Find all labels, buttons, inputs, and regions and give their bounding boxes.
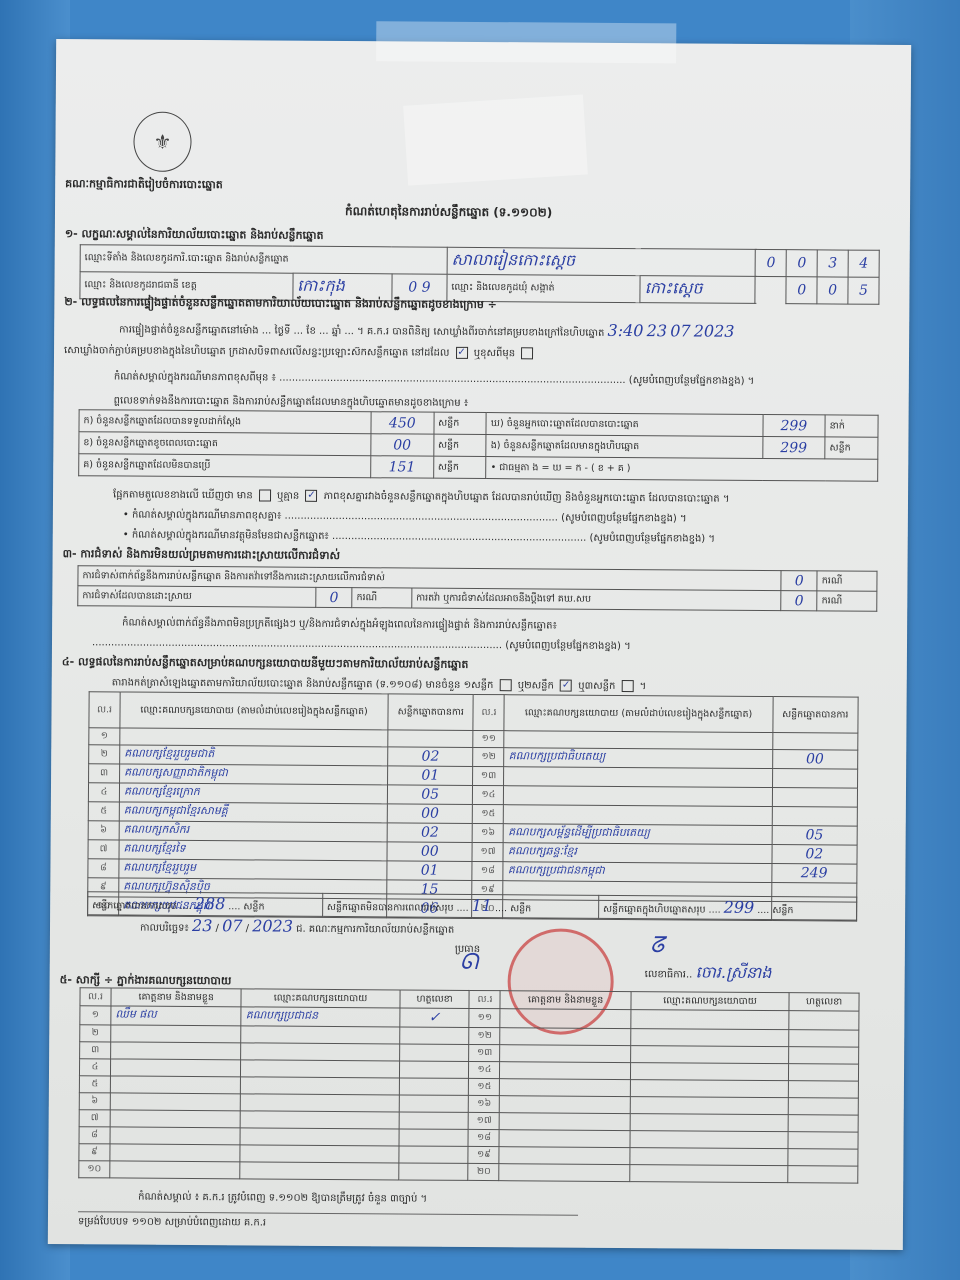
diff-has-checkbox[interactable]	[259, 489, 271, 501]
witness-sign	[789, 1030, 859, 1047]
col-votes: សន្លឹកឆ្នោតបានការ	[772, 697, 858, 734]
box-total: សន្លឹកឆ្នោតក្នុងហិបឆ្នោតសរុប .... 299 ..…	[598, 895, 856, 920]
row-e-label: ង) ចំនួនសន្លឹកឆ្នោតដែលមានក្នុងហិបឆ្នោត	[486, 435, 762, 459]
party-name: គណបក្សសញ្ញាជាតិកម្ពុជា	[120, 764, 388, 785]
party-votes: 00	[387, 842, 473, 862]
witness-sign	[399, 1146, 469, 1163]
row-c-unit: សន្លឹក	[433, 456, 486, 478]
secretary-signature: ᘔ	[650, 933, 664, 958]
party-votes: 05	[772, 826, 858, 846]
witness-party	[630, 1148, 788, 1166]
col-sign: ហត្ថលេខា	[789, 993, 859, 1011]
sheets-3-checkbox[interactable]	[621, 680, 633, 692]
witness-table: ល.រ គោត្តនាម និងនាមខ្លួន ឈ្មោះគណបក្សនយោប…	[78, 987, 859, 1183]
station-name: សាលារៀនកោះស្តេច	[447, 247, 756, 276]
witness-name	[499, 1147, 629, 1165]
witness-party	[240, 1128, 398, 1146]
row-no: ៣	[80, 1042, 111, 1059]
tape-clear	[403, 95, 588, 186]
witness-party	[631, 1010, 789, 1030]
unit: ករណី	[817, 591, 877, 611]
row-no: ៧	[79, 1110, 110, 1127]
form-title: កំណត់ហេតុនៃការរាប់សន្លឹកឆ្នោត (ទ.១១០២)	[345, 203, 552, 222]
row-c-label: គ) ចំនួនសន្លឹកឆ្នោតដែលមិនបានប្រើ	[79, 454, 371, 478]
party-votes	[772, 788, 858, 808]
tape-top	[376, 21, 676, 63]
row-no: ២០	[468, 1163, 499, 1180]
witness-sign: ✓	[400, 1008, 470, 1027]
witness-sign	[399, 1078, 469, 1095]
row-no: ៤	[79, 1059, 110, 1076]
row-no: ១	[80, 1006, 111, 1025]
witness-sign	[399, 1027, 469, 1044]
party-name: គណបក្សប្រជាធិបតេយ្យ	[504, 748, 772, 769]
party-votes: 00	[772, 750, 858, 770]
party-name: គណបក្សកសិករ	[119, 821, 387, 842]
verify-month: 07	[670, 321, 690, 340]
changed-checkbox[interactable]	[521, 347, 533, 359]
col-party: ឈ្មោះគណបក្សនយោបាយ	[241, 989, 399, 1008]
row-b-label: ខ) ចំនួនសន្លឹកឆ្នោតខូចពេលបោះឆ្នោត	[79, 432, 371, 456]
station-code-digit: 4	[848, 250, 879, 277]
witness-party	[240, 1111, 398, 1129]
witness-name	[500, 1028, 630, 1046]
intro-line: ព្ហលេខទាក់ទងនឹងការបោះឆ្នោត និងការរាប់សន្…	[114, 393, 469, 410]
row-no: ៨	[79, 1127, 110, 1144]
resolved-label: ការជំទាស់ដែលបានដោះស្រាយ	[78, 586, 316, 608]
col-party: ឈ្មោះគណបក្សនយោបាយ	[631, 992, 789, 1011]
witness-party	[630, 1131, 788, 1149]
secretary-line: លេខាធិការ.. ចោរ.ស្រីនាង	[645, 961, 772, 986]
witness-name	[500, 1113, 630, 1131]
section4-heading: ៤- លទ្ធផលនៃការរាប់សន្លឹកឆ្នោតសម្រាប់គណបក…	[62, 655, 469, 674]
party-name: គណបក្សប្រជាជនកម្ពុជា	[503, 862, 771, 883]
party-name	[504, 786, 772, 807]
party-name	[504, 767, 772, 788]
unit: ករណី	[817, 571, 877, 591]
valid-total: សន្លឹកឆ្នោតបានការសរុប .... 288 .... សន្ល…	[88, 892, 323, 917]
col-no: ល.រ	[89, 692, 120, 728]
row-no: ៨	[88, 859, 119, 878]
party-votes	[772, 807, 858, 827]
diff-none-checkbox[interactable]: ✓	[305, 490, 317, 502]
verify-day: 23	[647, 321, 667, 340]
witness-name	[500, 1009, 630, 1029]
witness-party	[241, 1094, 399, 1112]
row-no: ១៨	[468, 1129, 499, 1146]
note-diff: • កំណត់សម្គាល់ក្នុងករណីមានភាពខុសគ្នា៖ ..…	[123, 508, 687, 527]
section3-note-dots: ........................................…	[92, 635, 631, 654]
section1-heading: ១- លក្ខណៈសម្គាល់នៃការិយាល័យបោះឆ្នោត និងរ…	[65, 227, 324, 245]
witness-party	[630, 1046, 788, 1064]
row-no: ១៦	[473, 823, 504, 842]
row-no: ៦	[88, 821, 119, 840]
party-name: គណបក្សខ្មែររួបរួម	[119, 859, 387, 880]
witness-name: ឈឹម ផល	[111, 1006, 241, 1026]
witness-name	[499, 1164, 629, 1182]
row-no: ១៥	[473, 804, 504, 823]
row-no: ១៥	[469, 1078, 500, 1095]
note-line: កំណត់សម្គាល់ក្នុងករណីមានភាពខុសពីមុន ៖ ..…	[114, 369, 755, 388]
row-b-value: 00	[371, 434, 434, 456]
date-line: កាលបរិច្ឆេទ៖ 23 / 07 / 2023 ជ. គណៈកម្មកា…	[140, 916, 454, 938]
party-name	[504, 731, 772, 750]
witness-sign	[399, 1044, 469, 1061]
commune-code-digit: 0	[786, 277, 817, 304]
row-no: ២	[89, 745, 120, 764]
row-no: ១៧	[472, 842, 503, 861]
witness-party	[240, 1145, 398, 1163]
witness-sign	[788, 1132, 858, 1149]
row-c-value: 151	[371, 456, 434, 478]
row-no: ៤	[88, 783, 119, 802]
station-code-digit: 3	[817, 250, 848, 277]
commune-code-digit: 0	[817, 277, 848, 304]
row-d-label: ឃ) ចំនួនអ្នកបោះឆ្នោតដែលបានបោះឆ្នោត	[486, 413, 762, 437]
witness-sign	[399, 1112, 469, 1129]
witness-party	[241, 1060, 399, 1078]
party-votes	[388, 730, 474, 748]
witness-name	[500, 1096, 630, 1114]
appeal-value: 0	[781, 591, 817, 611]
party-name: គណបក្សខ្មែរក្រោក	[119, 783, 387, 804]
row-e-unit: សន្លឹក	[825, 437, 878, 459]
witness-sign	[398, 1163, 468, 1180]
intact-checkbox[interactable]: ✓	[456, 347, 468, 359]
objection-row-value: 0	[781, 571, 817, 591]
witness-party	[241, 1026, 399, 1044]
party-name: គណបក្សឆន្ទៈខ្មែរ	[503, 843, 771, 864]
witness-party: គណបក្សប្រជាជន	[241, 1007, 399, 1027]
station-code-digit: 0	[755, 249, 786, 276]
witness-sign	[789, 1011, 859, 1030]
row-b-unit: សន្លឹក	[433, 434, 486, 456]
row-no: ៥	[88, 802, 119, 821]
witness-name	[499, 1130, 629, 1148]
col-name: គោត្តនាម និងនាមខ្លួន	[111, 988, 241, 1007]
party-votes: 05	[387, 785, 473, 805]
witness-name	[110, 1076, 240, 1094]
ballot-counts-table: ក) ចំនួនសន្លឹកឆ្នោតដែលបានទទួលដាក់ស្តែង 4…	[78, 409, 878, 482]
witness-party	[630, 1097, 788, 1115]
row-d-unit: នាក់	[825, 415, 878, 437]
party-name: គណបក្សខ្មែររួបរួមជាតិ	[120, 745, 388, 766]
witness-sign	[789, 1081, 859, 1098]
witness-party	[631, 1029, 789, 1047]
col-votes: សន្លឹកឆ្នោតបានការ	[388, 694, 474, 731]
col-sign: ហត្ថលេខា	[400, 990, 470, 1008]
objections-table: ការជំទាស់ពាក់ព័ន្ធនឹងការរាប់សន្លឹកឆ្នោត …	[77, 565, 877, 612]
witness-sign	[789, 1047, 859, 1064]
sheets-2-checkbox[interactable]: ✓	[560, 680, 572, 692]
row-no: ១៩	[468, 1146, 499, 1163]
col-no: ល.រ	[80, 988, 111, 1006]
row-e-value: 299	[762, 436, 825, 458]
witness-party	[630, 1114, 788, 1132]
col-party: ឈ្មោះគណបក្សនយោបាយ (តាមលំដាប់លេខរៀងក្នុងស…	[120, 692, 388, 730]
col-party: ឈ្មោះគណបក្សនយោបាយ (តាមលំដាប់លេខរៀងក្នុងស…	[504, 695, 772, 733]
organization-name: គណៈកម្មាធិការជាតិរៀបចំការបោះឆ្នោត	[65, 177, 223, 194]
row-no: ១៣	[473, 766, 504, 785]
witness-sign	[788, 1149, 858, 1166]
sheets-1-checkbox[interactable]	[500, 679, 512, 691]
footnote: កំណត់សម្គាល់ ៖ គ.ក.រ ត្រូវបំពេញ ទ.១១០២ ឱ…	[138, 1190, 427, 1207]
witness-name	[110, 1093, 240, 1111]
section3-heading: ៣- ការជំទាស់ និងការមិនយល់ព្រមតាមការដោះស្…	[63, 547, 341, 565]
row-no: ១២	[469, 1027, 500, 1044]
row-no: ១៣	[469, 1044, 500, 1061]
section2-heading: ២- លទ្ធផលនៃការផ្ទៀងផ្ទាត់ចំនួនសន្លឹកឆ្នោ…	[64, 295, 497, 314]
witness-party	[630, 1080, 788, 1098]
witness-name	[500, 1079, 630, 1097]
party-name	[120, 728, 388, 747]
witness-name	[110, 1144, 240, 1162]
row-no: ២	[80, 1025, 111, 1042]
station-code-digit: 0	[786, 250, 817, 277]
row-no: ១១	[469, 1008, 500, 1027]
row-a-value: 450	[371, 412, 434, 434]
party-votes	[772, 769, 858, 789]
row-no: ១	[89, 728, 120, 745]
row-a-unit: សន្លឹក	[434, 412, 487, 434]
row-no: ១២	[473, 747, 504, 766]
form-note: ទម្រង់បែបបទ ១១០២ សម្រាប់បំពេញដោយ គ.ក.រ	[78, 1211, 578, 1232]
commune-code-digit: 5	[848, 277, 879, 304]
witness-party	[241, 1077, 399, 1095]
resolved-value: 0	[316, 587, 352, 607]
col-no: ល.រ	[473, 694, 504, 730]
section3-note: កំណត់សម្គាល់ពាក់ព័ន្ធនឹងភាពមិនប្រក្រតីផ្…	[122, 616, 557, 634]
party-name	[504, 805, 772, 826]
row-no: ១៨	[472, 861, 503, 880]
witness-sign	[789, 1064, 859, 1081]
row-no: ៩	[79, 1144, 110, 1161]
witness-sign	[788, 1098, 858, 1115]
col-no: ល.រ	[469, 990, 500, 1008]
row-no: ៣	[89, 764, 120, 783]
party-name: គណបក្សសម្ព័ន្ធដើម្បីប្រជាធិបតេយ្យ	[504, 824, 772, 845]
row-no: ៦	[79, 1093, 110, 1110]
verify-line: ការផ្ទៀងផ្ទាត់ចំនួនសន្លឹកឆ្នោតនៅម៉ោង ...…	[119, 317, 734, 341]
unit: ករណី	[352, 588, 412, 608]
row-no: ៧	[88, 840, 119, 859]
chair-signature: ᘏ	[460, 950, 478, 975]
witness-name	[111, 1042, 241, 1060]
verify-time: 3:40	[608, 321, 644, 340]
party-name: គណបក្សកម្ពុជាខ្មែរសាមគ្គី	[119, 802, 387, 823]
witness-party	[630, 1063, 788, 1081]
party-votes: 00	[387, 804, 473, 824]
witness-sign	[788, 1166, 858, 1183]
witness-name	[110, 1059, 240, 1077]
row-no: ១០	[79, 1161, 110, 1178]
row-no: ១៤	[473, 785, 504, 804]
witness-sign	[788, 1115, 858, 1132]
witness-name	[500, 1062, 630, 1080]
row-a-label: ក) ចំនួនសន្លឹកឆ្នោតដែលបានទទួលដាក់ស្តែង	[79, 410, 371, 434]
row-no: ១១	[473, 730, 504, 747]
party-votes	[772, 733, 858, 751]
witness-name	[110, 1110, 240, 1128]
col-name: គោត្តនាម និងនាមខ្លួន	[500, 991, 630, 1010]
witness-party	[630, 1165, 788, 1183]
party-votes: 02	[387, 823, 473, 843]
verify-year: 2023	[694, 321, 735, 340]
appeal-label: ការតវ៉ា ឬការជំទាស់ដែលអាចនឹងប្តឹងទៅ គឃ.សប	[412, 588, 782, 611]
row-no: ១៧	[469, 1112, 500, 1129]
commune-name: កោះស្តេច	[640, 276, 755, 304]
row-no: ១៤	[469, 1061, 500, 1078]
witness-name	[111, 1025, 241, 1043]
party-votes: 02	[772, 845, 858, 865]
election-form-paper: ⚜ គណៈកម្មាធិការជាតិរៀបចំការបោះឆ្នោត កំណត…	[48, 39, 911, 1250]
witness-party	[241, 1043, 399, 1061]
party-results-table: ល.រ ឈ្មោះគណបក្សនយោបាយ (តាមលំដាប់លេខរៀងក្…	[87, 691, 859, 921]
row-no: ៥	[79, 1076, 110, 1093]
witness-name	[110, 1161, 240, 1179]
witness-sign	[399, 1061, 469, 1078]
witness-name	[500, 1045, 630, 1063]
party-votes: 249	[771, 864, 857, 884]
witness-sign	[399, 1129, 469, 1146]
row-d-value: 299	[762, 414, 825, 436]
row-no: ១៦	[469, 1095, 500, 1112]
nec-emblem-icon: ⚜	[133, 112, 191, 172]
formula: • ជាធម្មតា ង = ឃ = ក - ( ខ + គ )	[486, 457, 878, 482]
party-votes: 02	[388, 747, 474, 767]
party-votes: 01	[387, 861, 473, 881]
diff-line: ផ្អែកតាមតួលេខខាងលើ ឃើញថា មាន ឬគ្មាន ✓ ភា…	[113, 487, 730, 506]
witness-party	[240, 1162, 398, 1180]
witness-name	[110, 1127, 240, 1145]
party-votes: 01	[388, 766, 474, 786]
witness-sign	[399, 1095, 469, 1112]
invalid-total: សន្លឹកឆ្នោតមិនបានការពេលរាប់សរុប .... 11 …	[322, 893, 598, 918]
party-name: គណបក្សខ្មែរទៃ	[119, 840, 387, 861]
seal-line: សោឃ្លាំងចាក់ភ្ជាប់គម្របខាងក្នុងនៃហិបឆ្នោ…	[64, 343, 536, 361]
station-label: ឈ្មោះទីតាំង និងលេខកូដការិ.បោះឆ្នោត និងរា…	[80, 245, 447, 275]
note-object: • កំណត់សម្គាល់ក្នុងករណីមានវត្ថុមិនមែនជាស…	[123, 528, 715, 547]
